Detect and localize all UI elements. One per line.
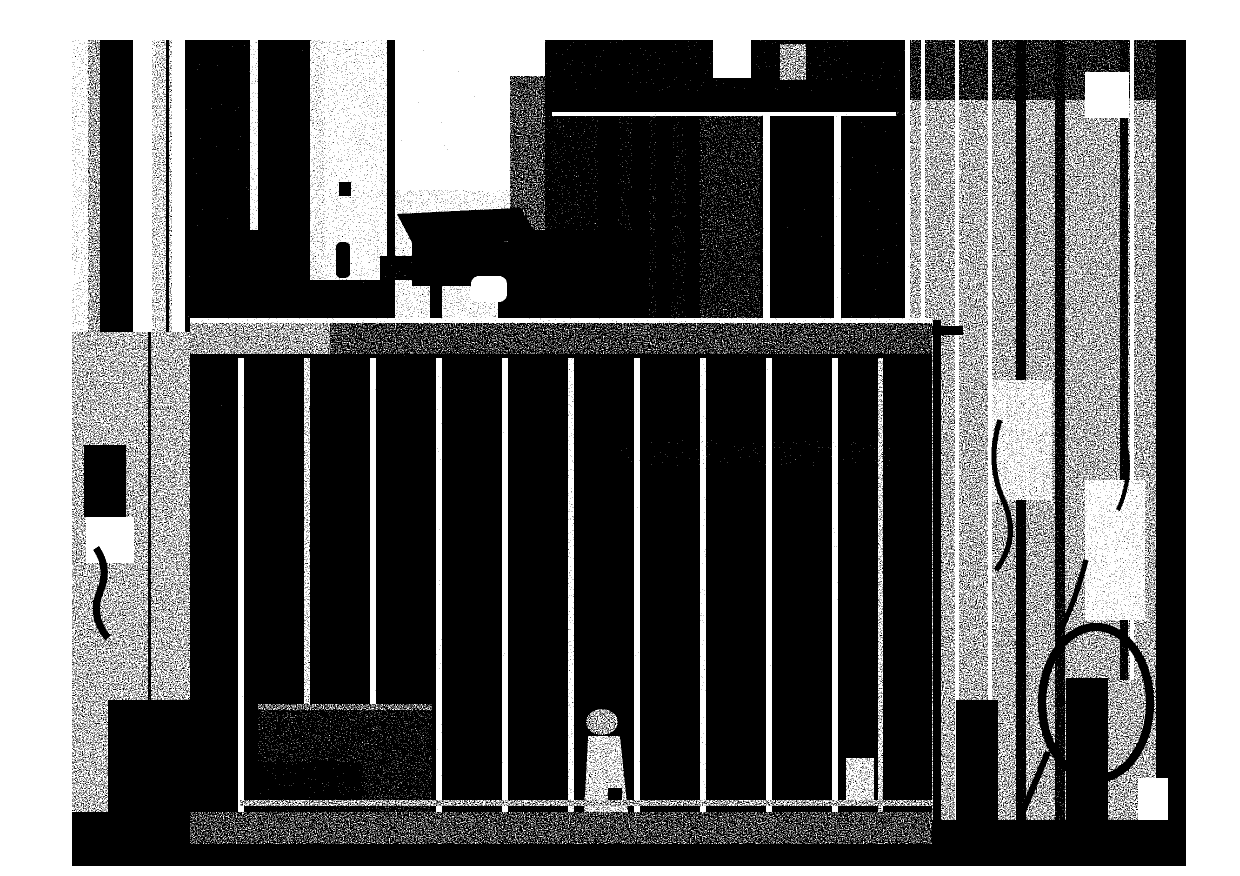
small-bucket	[846, 750, 874, 806]
page	[0, 0, 1240, 876]
header-band	[545, 92, 905, 112]
plywood-board	[258, 704, 432, 814]
label-patch	[471, 276, 507, 302]
outlet-box	[336, 242, 350, 278]
gate-section	[190, 332, 932, 866]
gate-stile	[190, 332, 240, 866]
window-opening	[488, 40, 545, 76]
photo-canvas	[72, 40, 1186, 866]
halftone-photo	[0, 0, 1240, 876]
mid-rail	[190, 318, 932, 358]
junction-box	[339, 182, 351, 196]
right-edge-column	[1156, 40, 1186, 866]
above-rail-opening	[190, 230, 310, 318]
left-wall-lower	[72, 332, 190, 866]
